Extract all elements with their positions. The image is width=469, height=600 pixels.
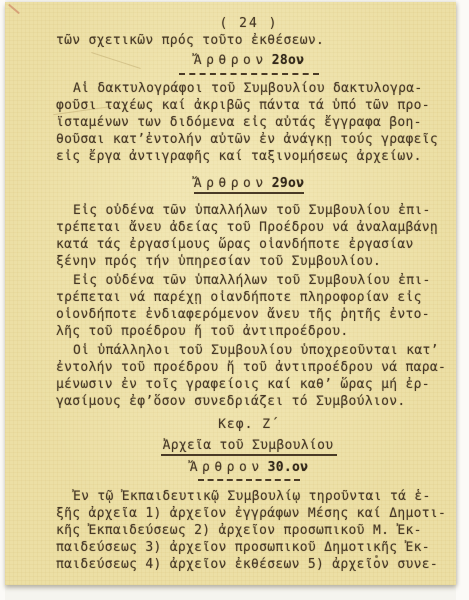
- text-line: γασίμους ἐφ’ὅσον συνεδριάζει τό Συμβούλι…: [56, 393, 442, 410]
- article-28-paragraph: Αἱ δακτυλογράφοι τοῦ Συμβουλίου δακτυλογ…: [56, 80, 442, 165]
- article-29-paragraph-3: Οἱ ὑπάλληλοι τοῦ Συμβουλίου ὑποχρεοῦνται…: [56, 342, 442, 410]
- text-line: Αἱ δακτυλογράφοι τοῦ Συμβουλίου δακτυλογ…: [56, 80, 442, 97]
- text-line: ϊσταμένων των διδόμενα εἰς αὐτάς ἔγγραφα…: [56, 114, 442, 131]
- text-line: ξῆς ἀρχεῖα 1) ἀρχεῖον ἐγγράφων Μέσης καί…: [56, 505, 442, 522]
- article-29-heading: Ἄρθρον29ον: [56, 175, 442, 192]
- article-29-paragraph-2: Εἰς οὐδένα τῶν ὑπαλλήλων τοῦ Συμβουλίου …: [56, 272, 442, 340]
- text-line: Εἰς οὐδένα τῶν ὑπαλλήλων τοῦ Συμβουλίου …: [56, 272, 442, 289]
- scan-background: ( 24 ) τῶν σχετικῶν πρός τοῦτο ἐκθέσεων.…: [0, 0, 469, 600]
- text-line: ξένην πρός τήν ὑπηρεσίαν τοῦ Συμβουλίου.: [56, 253, 442, 270]
- text-line: τρέπεται νά παρέχῃ οἱανδήποτε πληροφορία…: [56, 289, 442, 306]
- article-label: Ἄρθρον: [194, 53, 268, 68]
- text-line: τρέπεται ἄνευ ἀδείας τοῦ Προέδρου νά ἀνα…: [56, 219, 442, 236]
- article-label: Ἄρθρον: [190, 460, 264, 475]
- text-line: κῆς Ἐκπαιδεύσεως 2) ἀρχεῖον προσωπικοῦ Μ…: [56, 522, 442, 539]
- text-line: Εἰς οὐδένα τῶν ὑπαλλήλων τοῦ Συμβουλίου …: [56, 202, 442, 219]
- text-line: Οἱ ὑπάλληλοι τοῦ Συμβουλίου ὑποχρεοῦνται…: [56, 342, 442, 359]
- dashed-rule: [179, 73, 319, 75]
- document-page: ( 24 ) τῶν σχετικῶν πρός τοῦτο ἐκθέσεων.…: [5, 2, 456, 585]
- continuation-line: τῶν σχετικῶν πρός τοῦτο ἐκθέσεων.: [56, 32, 442, 49]
- dashed-rule: [198, 479, 300, 481]
- text-line: εἰς ἔργα ἀντιγραφῆς καί ταξινομήσεως ἀρχ…: [56, 148, 442, 165]
- typewritten-content: ( 24 ) τῶν σχετικῶν πρός τοῦτο ἐκθέσεων.…: [5, 2, 456, 585]
- article-30-heading: Ἄρθρον30.ον: [56, 459, 442, 476]
- text-line: μένωσιν ἐν τοῖς γραφείοις καί καθ’ ὥρας …: [56, 376, 442, 393]
- section-title: Ἀρχεῖα τοῦ Συμβουλίου: [56, 437, 442, 454]
- text-line: οἱονδήποτε ἐνδιαφερόμενον ἄνευ τῆς ῥητῆς…: [56, 306, 442, 323]
- text-line: παιδεύσεως 3) ἀρχεῖον προσωπικοῦ Δημοτικ…: [56, 539, 442, 556]
- text-line: Ἐν τῷ Ἐκπαιδευτικῷ Συμβουλίῳ τηροῦνται τ…: [56, 488, 442, 505]
- text-line: φοῦσι ταχέως καί ἀκριβῶς πάντα τά ὑπό τῶ…: [56, 97, 442, 114]
- article-30-paragraph: Ἐν τῷ Ἐκπαιδευτικῷ Συμβουλίῳ τηροῦνται τ…: [56, 488, 442, 573]
- article-29-paragraph-1: Εἰς οὐδένα τῶν ὑπαλλήλων τοῦ Συμβουλίου …: [56, 202, 442, 270]
- chapter-heading: Κεφ. Ζ´: [56, 416, 442, 433]
- text-line: θοῦσαι κατ’ἐντολήν αὐτῶν ἐν ἀνάγκῃ τούς …: [56, 131, 442, 148]
- text-line: λῆς τοῦ προέδρου ἤ τοῦ ἀντιπροέδρου.: [56, 323, 442, 340]
- article-number: 29ον: [272, 176, 305, 191]
- article-28-heading: Ἄρθρον28ον: [56, 52, 442, 69]
- page-number: ( 24 ): [56, 15, 442, 32]
- article-number: 28ον: [272, 53, 305, 68]
- text-line: κατά τάς ἐργασίμους ὥρας οἱανδήποτε ἐργα…: [56, 236, 442, 253]
- article-label: Ἄρθρον: [194, 176, 268, 191]
- text-line: παιδεύσεως 4) ἀρχεῖον ἐκθέσεων 5) ἀρχεῖο…: [56, 556, 442, 573]
- article-number: 30.ον: [268, 460, 309, 475]
- text-line: ἐντολήν τοῦ προέδρου ἤ τοῦ ἀντιπροέδρου …: [56, 359, 442, 376]
- section-title-text: Ἀρχεῖα τοῦ Συμβουλίου: [161, 438, 338, 456]
